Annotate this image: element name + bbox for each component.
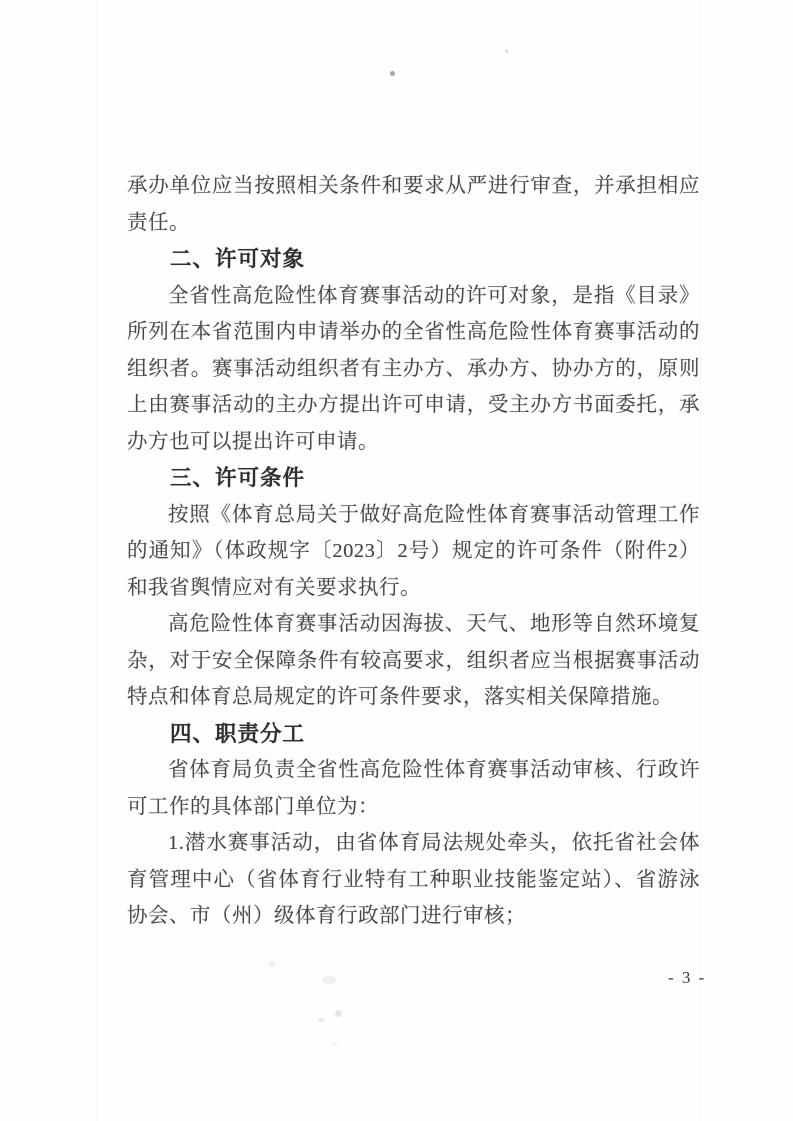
scan-speck: [268, 962, 276, 967]
scan-speck: [318, 1018, 324, 1022]
scan-artifact-line: [700, 0, 701, 1121]
body-paragraph: 高危险性体育赛事活动因海拔、天气、地形等自然环境复杂，对于安全保障条件有较高要求…: [127, 606, 700, 716]
document-body: 承办单位应当按照相关条件和要求从严进行审查，并承担相应责任。 二、许可对象 全省…: [127, 168, 700, 935]
scan-speck: [335, 1010, 342, 1017]
section-heading-permit-conditions: 三、许可条件: [127, 460, 700, 497]
body-paragraph-continuation: 承办单位应当按照相关条件和要求从严进行审查，并承担相应责任。: [127, 168, 700, 241]
section-heading-permit-targets: 二、许可对象: [127, 241, 700, 278]
scan-artifact-line: [96, 0, 97, 1121]
section-heading-duty-division: 四、职责分工: [127, 716, 700, 753]
page-number: - 3 -: [668, 968, 706, 988]
scan-speck: [390, 71, 395, 76]
body-paragraph: 1.潜水赛事活动，由省体育局法规处牵头，依托省社会体育管理中心（省体育行业特有工…: [127, 825, 700, 935]
body-paragraph: 省体育局负责全省性高危险性体育赛事活动审核、行政许可工作的具体部门单位为：: [127, 752, 700, 825]
scanned-document-page: 承办单位应当按照相关条件和要求从严进行审查，并承担相应责任。 二、许可对象 全省…: [0, 0, 793, 1121]
body-paragraph: 全省性高危险性体育赛事活动的许可对象，是指《目录》所列在本省范围内申请举办的全省…: [127, 278, 700, 461]
scan-speck: [505, 49, 508, 53]
scan-speck: [322, 975, 336, 984]
body-paragraph: 按照《体育总局关于做好高危险性体育赛事活动管理工作的通知》（体政规字〔2023〕…: [127, 497, 700, 607]
scan-speck: [332, 1043, 337, 1046]
